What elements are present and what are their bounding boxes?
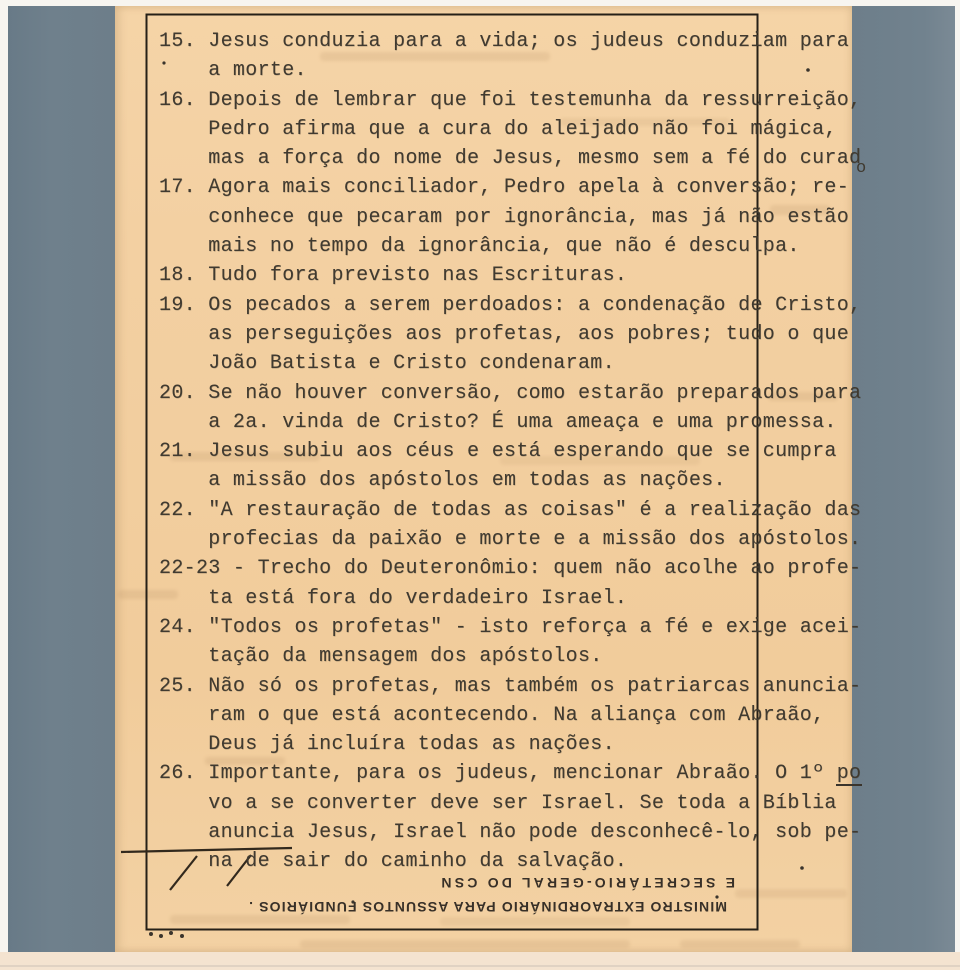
typed-text-block: 15. Jesus conduzia para a vida; os judeu… [159, 27, 861, 877]
bleedthrough-smudge [170, 915, 350, 924]
bleedthrough-smudge [440, 917, 630, 926]
scanned-page: 15. Jesus conduzia para a vida; os judeu… [0, 0, 960, 970]
bleedthrough-smudge [735, 889, 847, 898]
scan-edge-line [0, 965, 960, 967]
dropped-subscript-letter: o [856, 159, 866, 178]
paper-bottom-edge [0, 952, 960, 970]
scanner-backdrop-right [852, 6, 955, 952]
scanner-backdrop-left [8, 6, 115, 952]
bleedthrough-smudge [680, 940, 800, 948]
bleedthrough-smudge [300, 940, 630, 948]
ordinal-underline-mark [836, 784, 862, 786]
letterhead-secretary-line: E SECRETÁRIO-GERAL DO CSN [432, 875, 735, 891]
letterhead-minister-line: MINISTRO EXTRAORDINÁRIO PARA ASSUNTOS FU… [270, 899, 727, 915]
